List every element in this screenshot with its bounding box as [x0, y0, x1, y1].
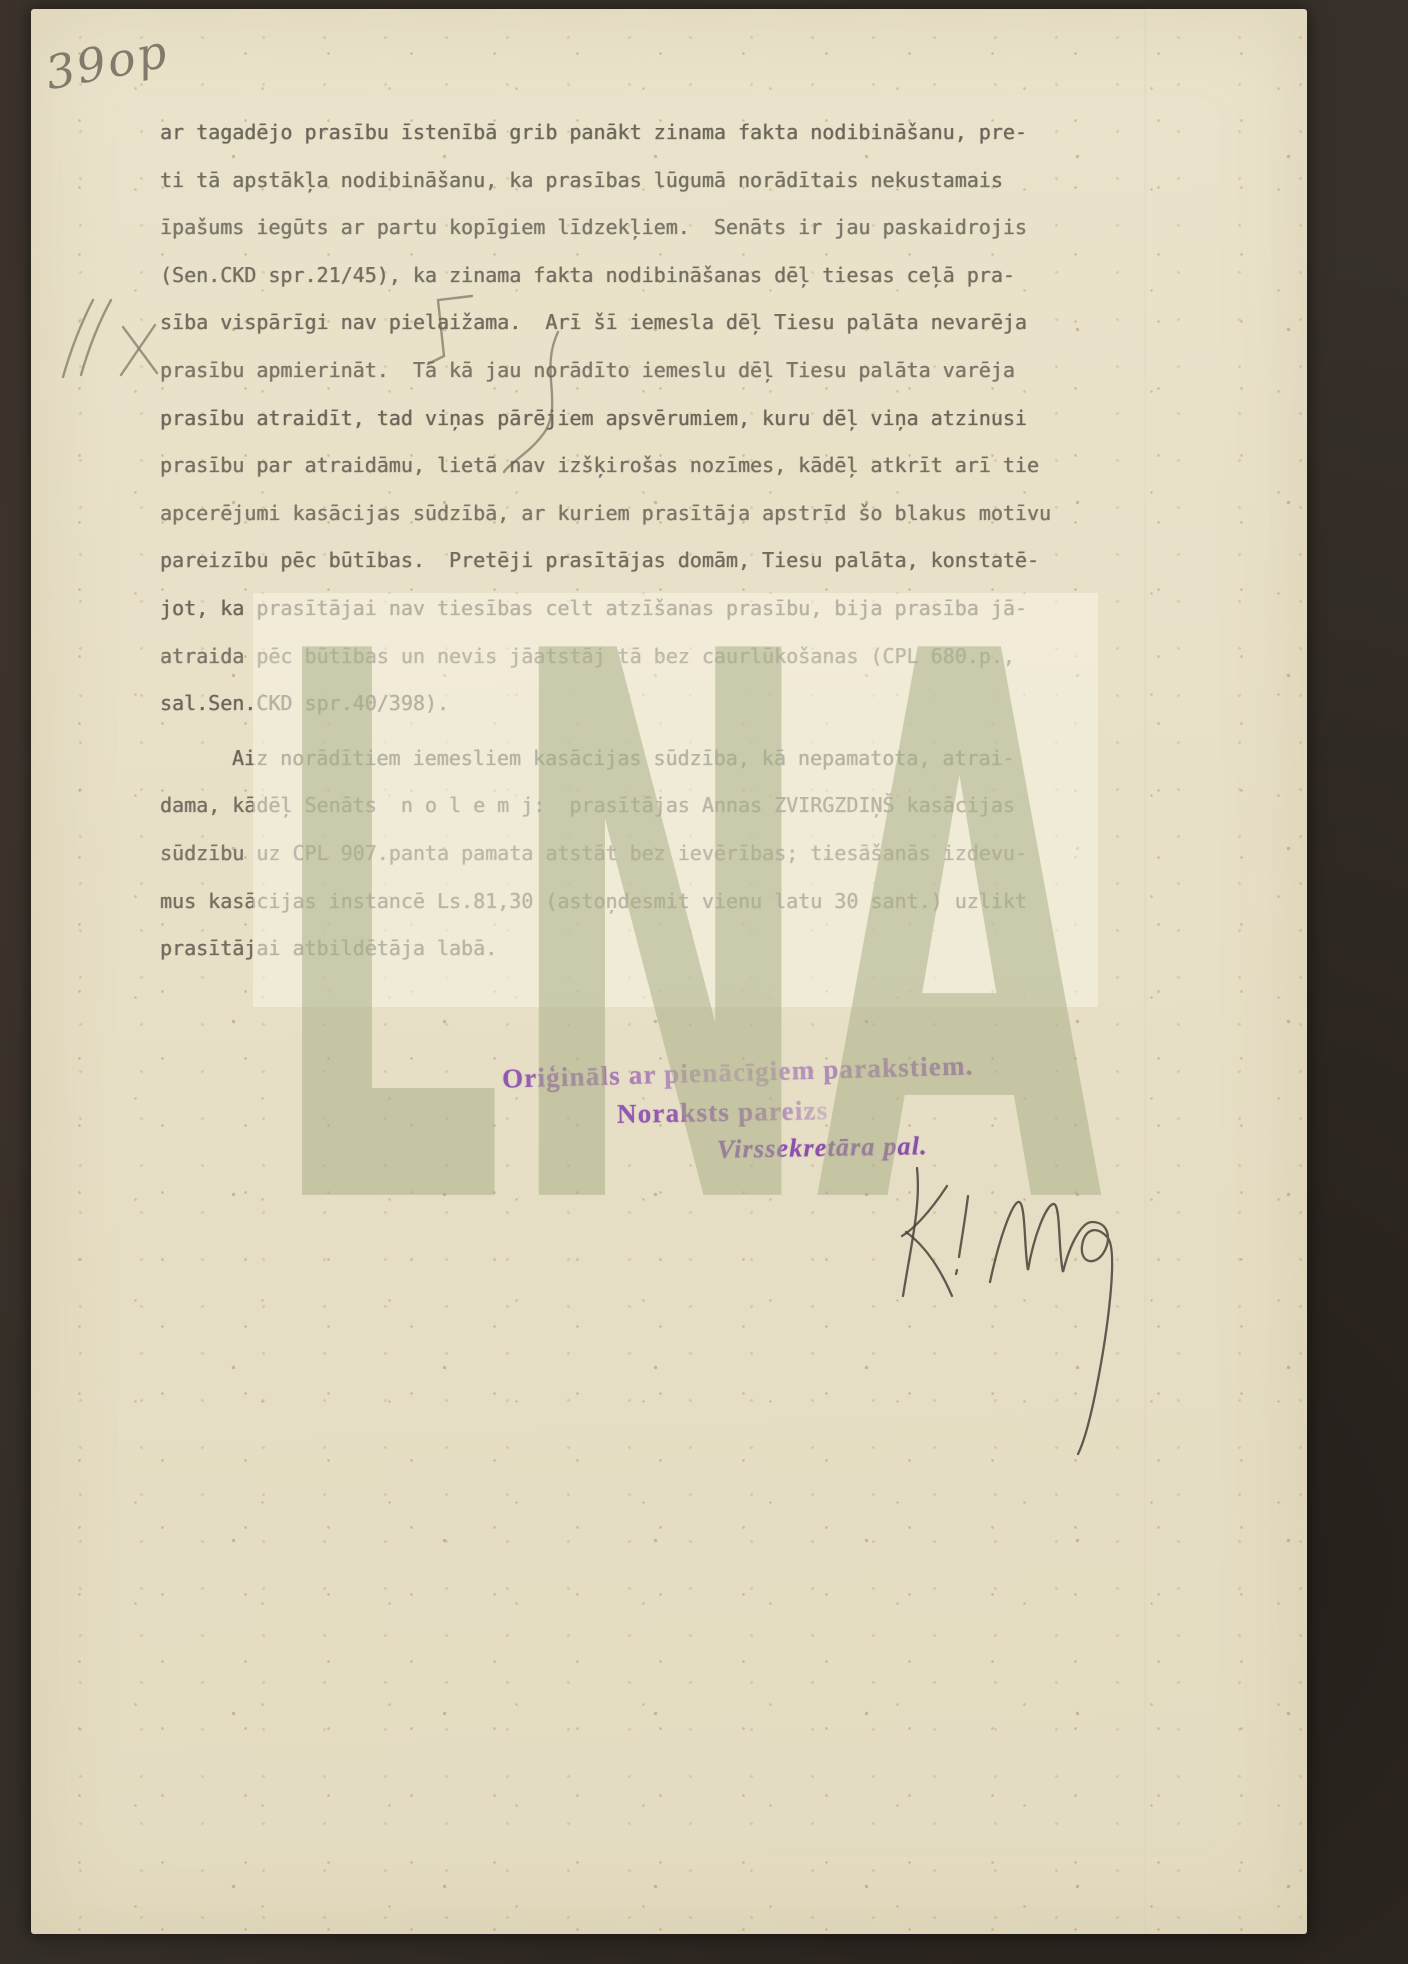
handwritten-signature [870, 1140, 1190, 1480]
typed-line: (Sen.CKD spr.21/45), ka zinama fakta nod… [160, 252, 1080, 300]
typed-line: ar tagadējo prasību īstenībā grib panākt… [160, 109, 1080, 157]
typed-line: apcerējumi kasācijas sūdzībā, ar kuriem … [160, 490, 1080, 538]
typed-line: mus kasācijas instancē Ls.81,30 (astoņde… [160, 878, 1080, 926]
paper-fold-line [1144, 9, 1147, 1934]
typed-line: jot, ka prasītājai nav tiesības celt atz… [160, 585, 1080, 633]
typed-line: īpašums iegūts ar partu kopīgiem līdzekļ… [160, 204, 1080, 252]
typed-text-block: ar tagadējo prasību īstenībā grib panākt… [160, 109, 1080, 973]
scanned-archive-photo: { "annotations": { "corner_note": "39op"… [0, 0, 1408, 1964]
stamp-original-signatures-line: Oriģināls ar pienācīgiem parakstiem. [502, 1050, 974, 1094]
typed-line: atraida pēc būtības un nevis jāatstāj tā… [160, 633, 1080, 681]
archive-page-number: 39op [41, 24, 173, 101]
typed-line: pareizību pēc būtības. Pretēji prasītāja… [160, 537, 1080, 585]
typed-line: prasību apmierināt. Tā kā jau norādīto i… [160, 347, 1080, 395]
typed-line: ti tā apstākļa nodibināšanu, ka prasības… [160, 157, 1080, 205]
typed-line: sal.Sen.CKD spr.40/398). [160, 680, 1080, 728]
typed-line: prasītājai atbildētāja labā. [160, 925, 1080, 973]
document-page: 39op ar tagadējo prasību īstenībā grib p… [31, 9, 1307, 1934]
photo-backdrop: 39op ar tagadējo prasību īstenībā grib p… [0, 0, 1408, 1964]
typed-line: Aiz norādītiem iemesliem kasācijas sūdzī… [160, 735, 1080, 783]
typed-line: prasību atraidīt, tad viņas pārējiem aps… [160, 395, 1080, 443]
typed-line: prasību par atraidāmu, lietā nav izšķiro… [160, 442, 1080, 490]
typed-line: sūdzību uz CPL 907.panta pamata atstāt b… [160, 830, 1080, 878]
typed-paragraph-1: ar tagadējo prasību īstenībā grib panākt… [160, 109, 1080, 728]
typed-line: sība vispārīgi nav pielaižama. Arī šī ie… [160, 299, 1080, 347]
stamp-secretary-title-line: Virssekretāra pal. [717, 1131, 928, 1165]
typed-paragraph-2: Aiz norādītiem iemesliem kasācijas sūdzī… [160, 735, 1080, 973]
stamp-copy-correct-line: Noraksts pareizs [617, 1095, 829, 1130]
typed-line: dama, kādēļ Senāts n o l e m j: prasītāj… [160, 782, 1080, 830]
